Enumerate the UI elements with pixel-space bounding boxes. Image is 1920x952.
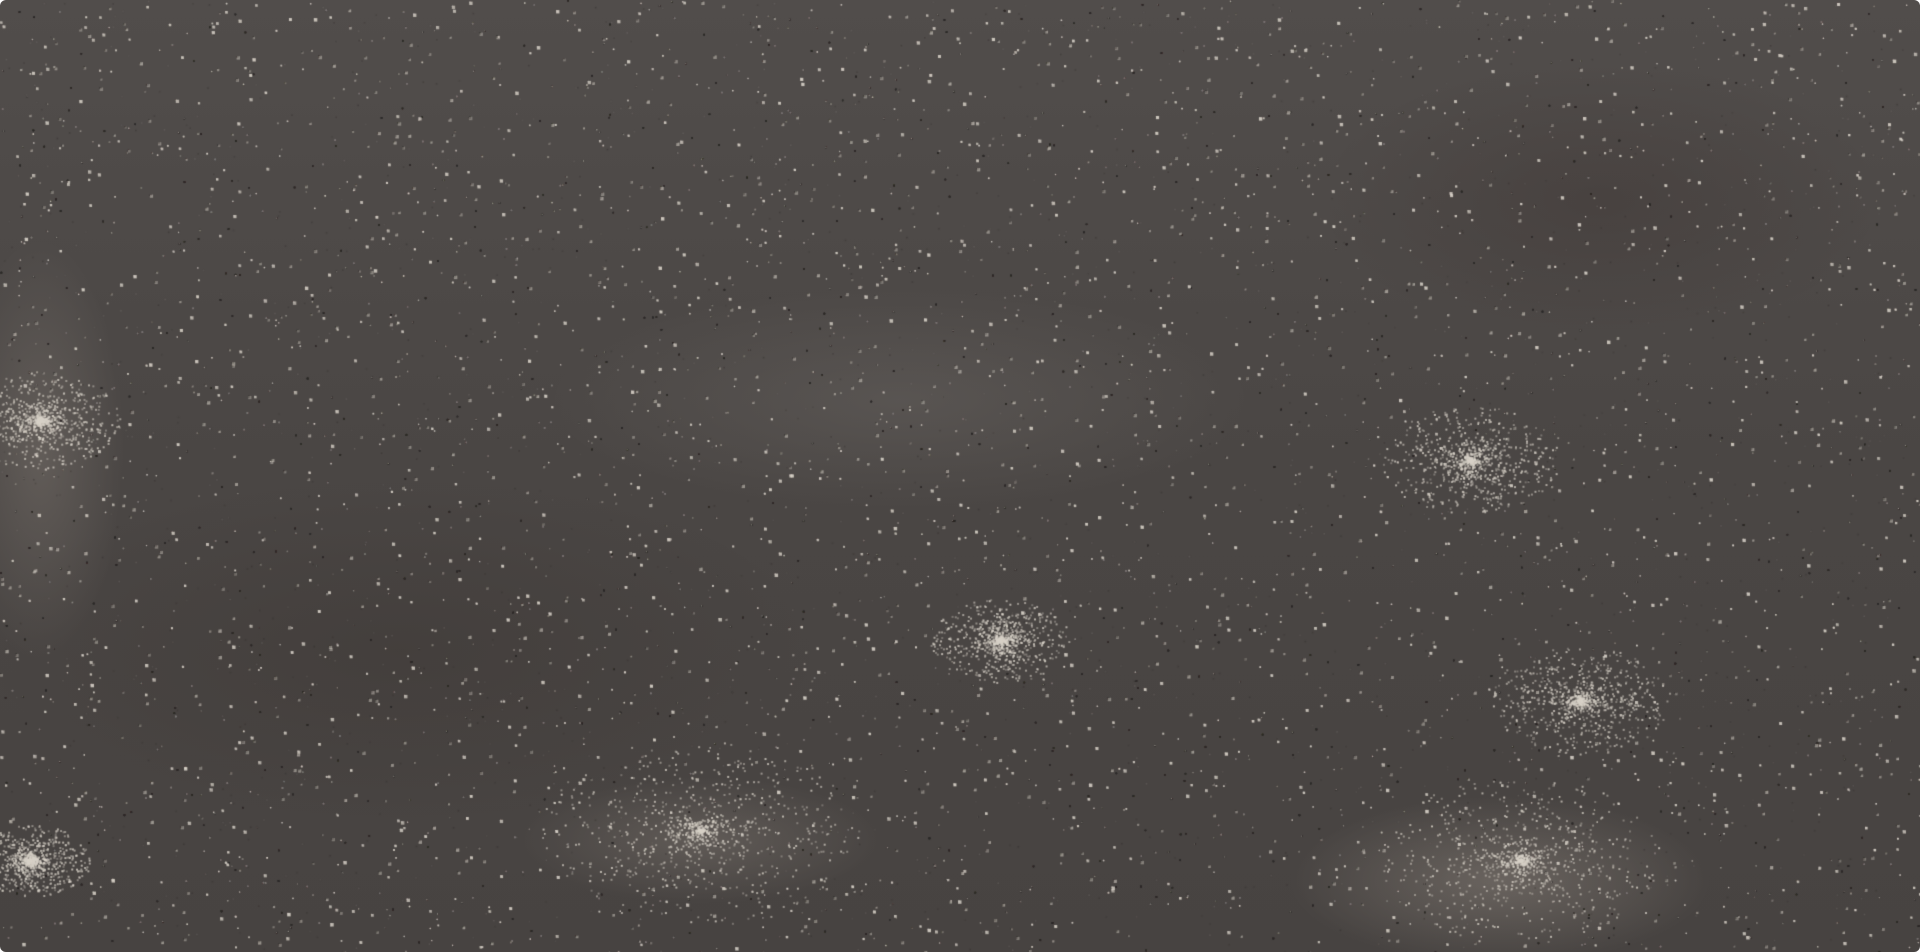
speckle-layer	[0, 0, 1920, 952]
stone-texture-surface	[0, 0, 1920, 952]
